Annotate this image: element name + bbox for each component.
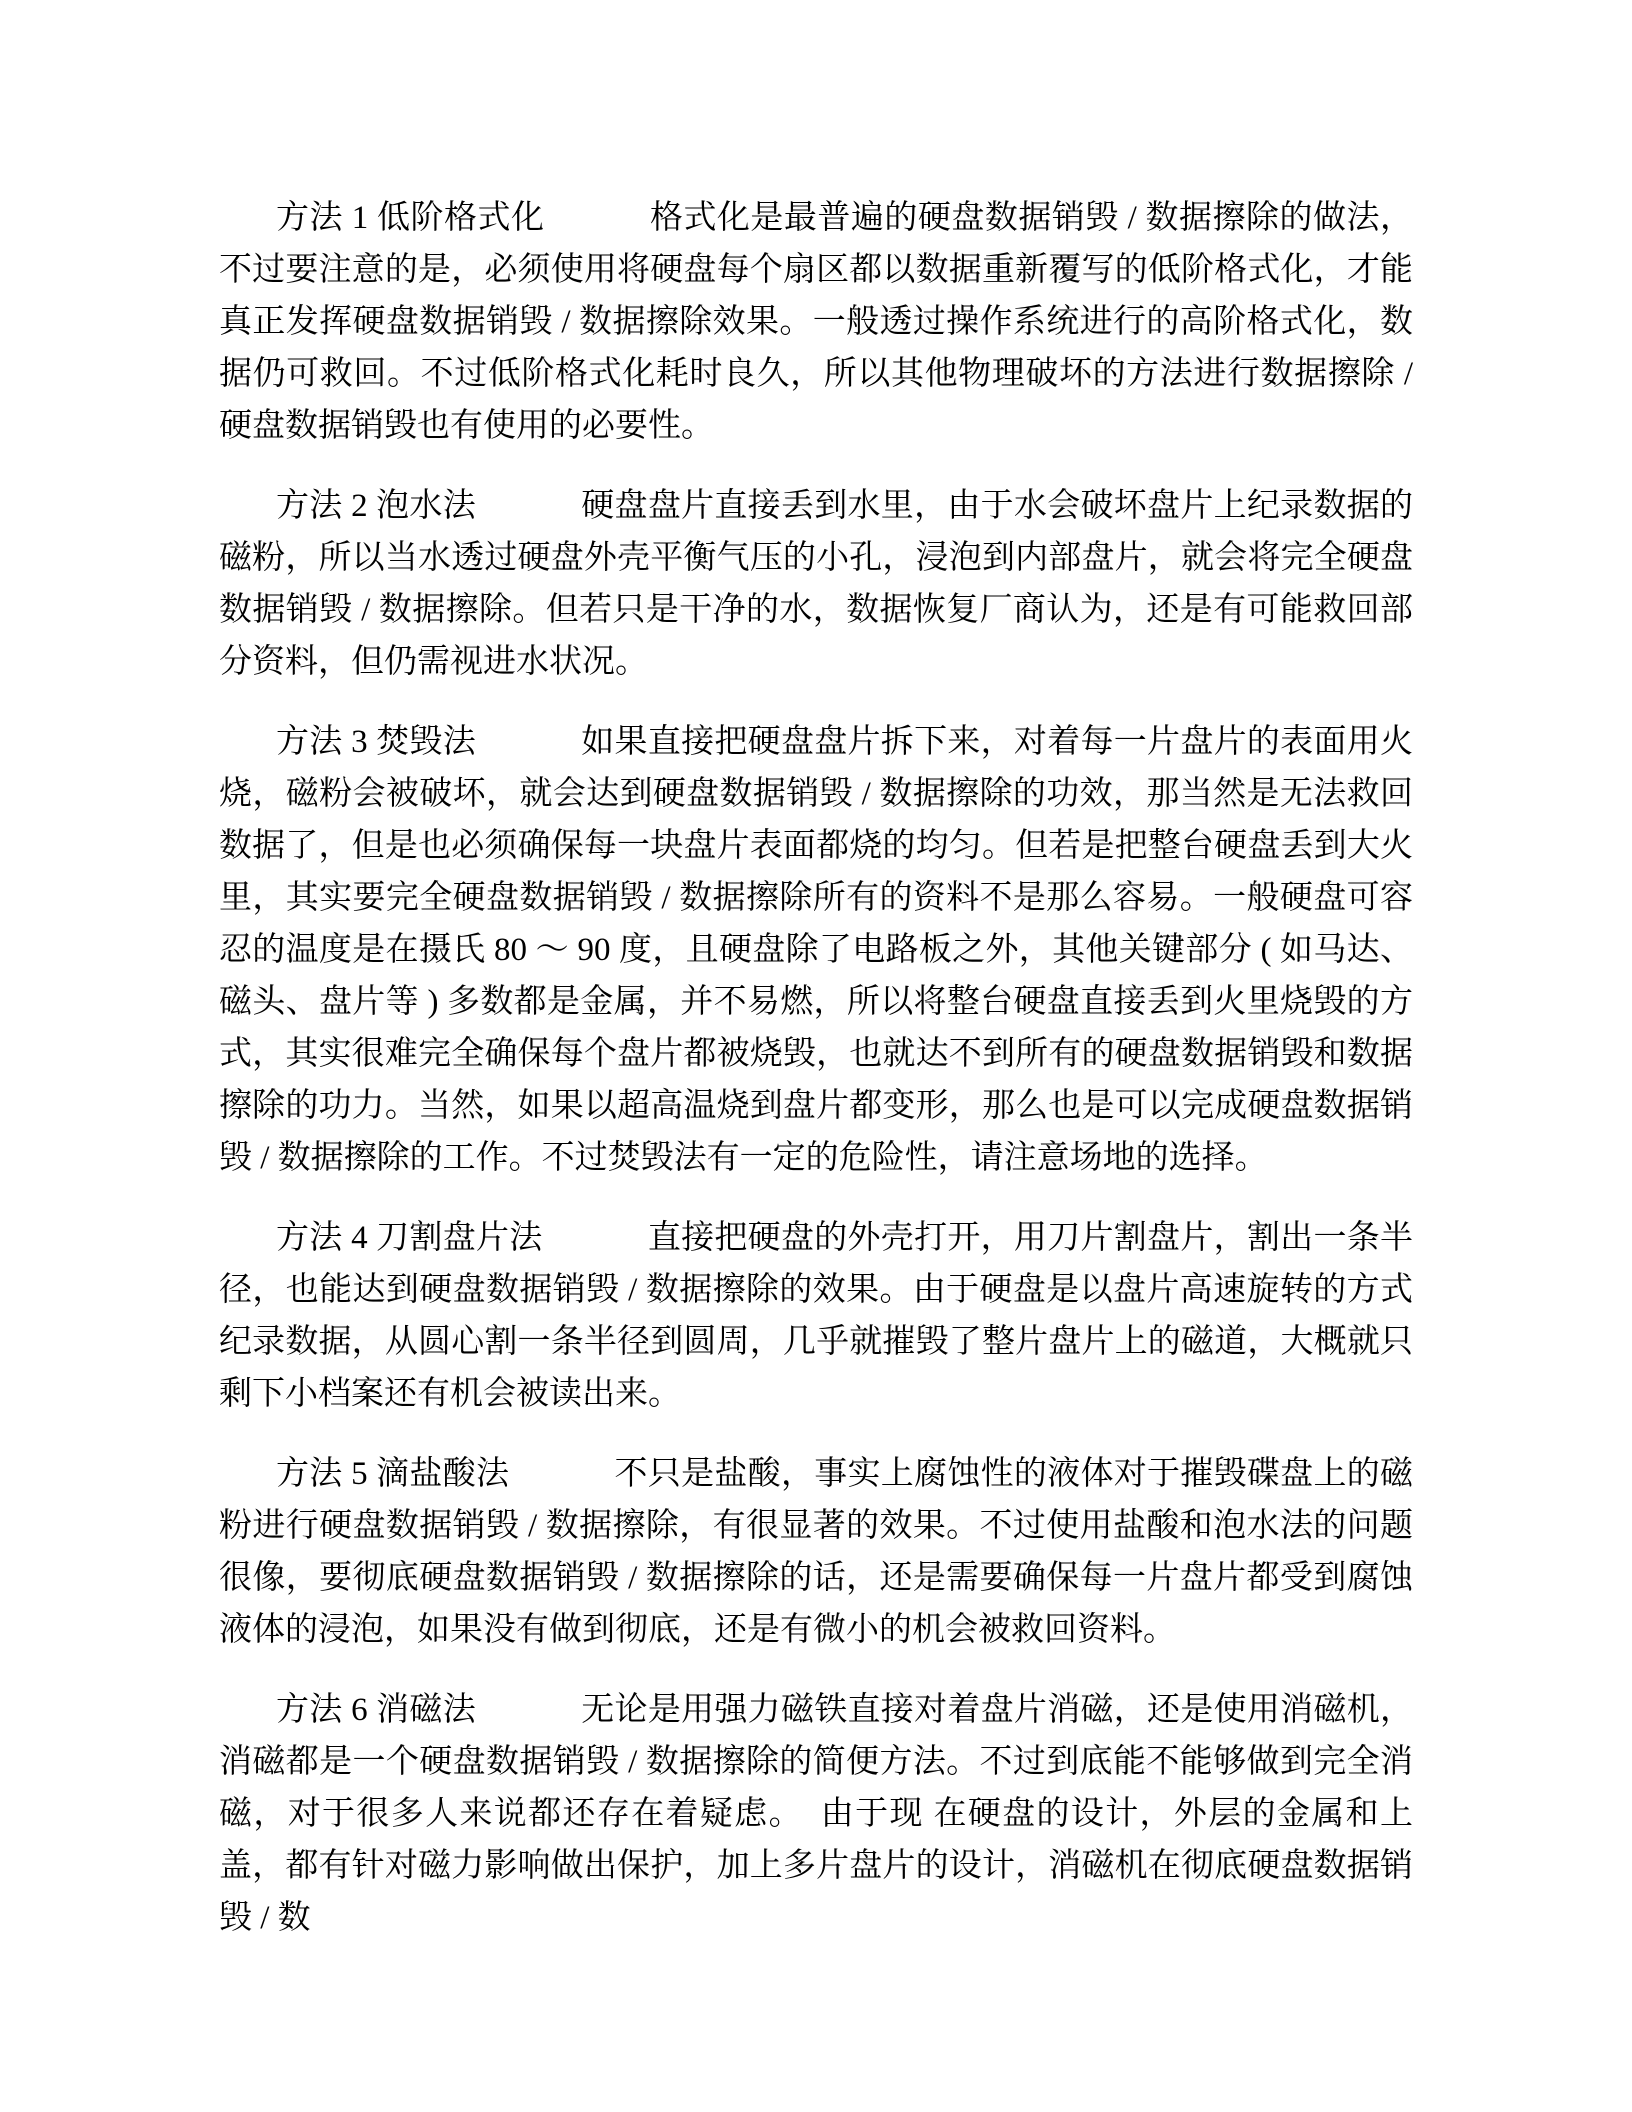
paragraph-method-4: 方法 4 刀割盘片法直接把硬盘的外壳打开，用刀片割盘片，割出一条半径，也能达到硬… (219, 1212, 1413, 1420)
paragraph-method-1: 方法 1 低阶格式化格式化是最普遍的硬盘数据销毁 / 数据擦除的做法，不过要注意… (219, 192, 1413, 452)
paragraph-method-2: 方法 2 泡水法硬盘盘片直接丢到水里，由于水会破坏盘片上纪录数据的磁粉，所以当水… (219, 480, 1413, 688)
method-5-heading: 方法 5 滴盐酸法 (276, 1456, 509, 1492)
method-2-heading: 方法 2 泡水法 (276, 488, 476, 524)
method-1-heading: 方法 1 低阶格式化 (276, 200, 544, 236)
document-page: 方法 1 低阶格式化格式化是最普遍的硬盘数据销毁 / 数据擦除的做法，不过要注意… (0, 0, 1632, 2112)
paragraph-method-3: 方法 3 焚毁法如果直接把硬盘盘片拆下来，对着每一片盘片的表面用火烧，磁粉会被破… (219, 716, 1413, 1184)
method-3-heading: 方法 3 焚毁法 (276, 724, 476, 760)
method-4-heading: 方法 4 刀割盘片法 (276, 1220, 543, 1256)
paragraph-method-5: 方法 5 滴盐酸法不只是盐酸，事实上腐蚀性的液体对于摧毁碟盘上的磁粉进行硬盘数据… (219, 1448, 1413, 1656)
method-1-body-text: 格式化是最普遍的硬盘数据销毁 / 数据擦除的做法，不过要注意的是，必须使用将硬盘… (219, 200, 1421, 444)
paragraph-method-6: 方法 6 消磁法无论是用强力磁铁直接对着盘片消磁，还是使用消磁机，消磁都是一个硬… (219, 1684, 1413, 1944)
method-6-body-text: 无论是用强力磁铁直接对着盘片消磁，还是使用消磁机，消磁都是一个硬盘数据销毁 / … (219, 1692, 1413, 1936)
method-6-heading: 方法 6 消磁法 (276, 1692, 476, 1728)
method-3-body-text: 如果直接把硬盘盘片拆下来，对着每一片盘片的表面用火烧，磁粉会被破坏，就会达到硬盘… (219, 724, 1413, 1176)
